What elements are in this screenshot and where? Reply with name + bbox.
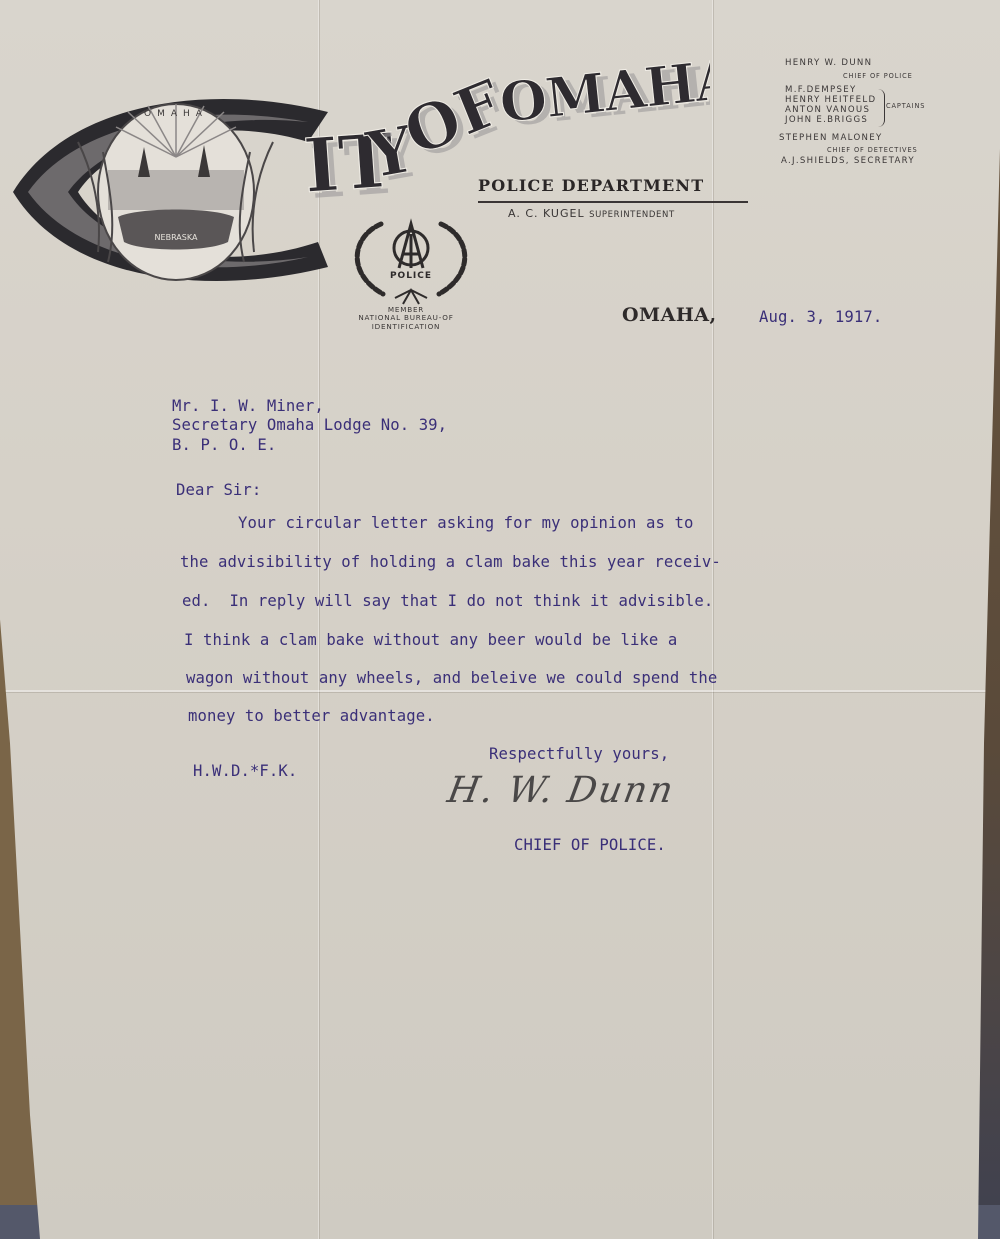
recipient-line: Secretary Omaha Lodge No. 39, <box>172 416 447 434</box>
fold-line <box>712 0 713 1239</box>
city-seal-emblem: OMAHA NEBRASKA <box>8 82 338 292</box>
detective-chief-title: CHIEF OF DETECTIVES <box>827 146 918 154</box>
handwritten-signature: H. W. Dunn <box>444 770 678 811</box>
captains-title: CAPTAINS <box>886 102 925 110</box>
typist-initials: H.W.D.*F.K. <box>193 762 297 780</box>
body-line: Your circular letter asking for my opini… <box>238 514 693 532</box>
captains-brace <box>878 89 885 127</box>
svg-text:POLICE: POLICE <box>390 271 432 281</box>
letter-paper: OMAHA NEBRASKA IT IT IT Y Y OF OF OMAHA … <box>0 0 1000 1239</box>
salutation: Dear Sir: <box>176 481 261 499</box>
captain-name: ANTON VANOUS <box>785 105 870 115</box>
superintendent-line: A. C. KUGEL SUPERINTENDENT <box>508 207 675 220</box>
member-bureau-text: MEMBER NATIONAL BUREAU-OF IDENTIFICATION <box>336 306 476 331</box>
superintendent-title: SUPERINTENDENT <box>589 210 675 220</box>
svg-text:NEBRASKA: NEBRASKA <box>155 233 198 242</box>
superintendent-name: A. C. KUGEL <box>508 207 585 220</box>
svg-text:OMAHA: OMAHA <box>144 109 208 119</box>
member-line: IDENTIFICATION <box>336 323 476 331</box>
police-badge-emblem: POLICE <box>343 212 479 308</box>
recipient-line: Mr. I. W. Miner, <box>172 397 324 415</box>
place-heading: OMAHA, <box>622 304 717 326</box>
body-line: wagon without any wheels, and beleive we… <box>186 669 717 687</box>
chief-title: CHIEF OF POLICE <box>843 72 913 80</box>
closing: Respectfully yours, <box>489 745 669 763</box>
body-line: ed. In reply will say that I do not thin… <box>182 592 713 610</box>
department-rule <box>478 201 748 203</box>
body-line: I think a clam bake without any beer wou… <box>184 631 677 649</box>
captain-name: JOHN E.BRIGGS <box>785 115 868 125</box>
svg-text:OMAHA: OMAHA <box>497 60 710 135</box>
chief-name: HENRY W. DUNN <box>785 58 872 68</box>
recipient-line: B. P. O. E. <box>172 436 276 454</box>
body-line: the advisibility of holding a clam bake … <box>180 553 721 571</box>
captain-name: M.F.DEMPSEY <box>785 85 857 95</box>
body-line: money to better advantage. <box>188 707 435 725</box>
fold-line <box>0 690 1000 692</box>
secretary-name: A.J.SHIELDS, SECRETARY <box>781 156 915 166</box>
department-title: POLICE DEPARTMENT <box>478 176 704 195</box>
captain-name: HENRY HEITFELD <box>785 95 876 105</box>
letter-date: Aug. 3, 1917. <box>759 308 882 326</box>
signer-title: CHIEF OF POLICE. <box>514 836 666 854</box>
detective-chief-name: STEPHEN MALONEY <box>779 133 883 143</box>
